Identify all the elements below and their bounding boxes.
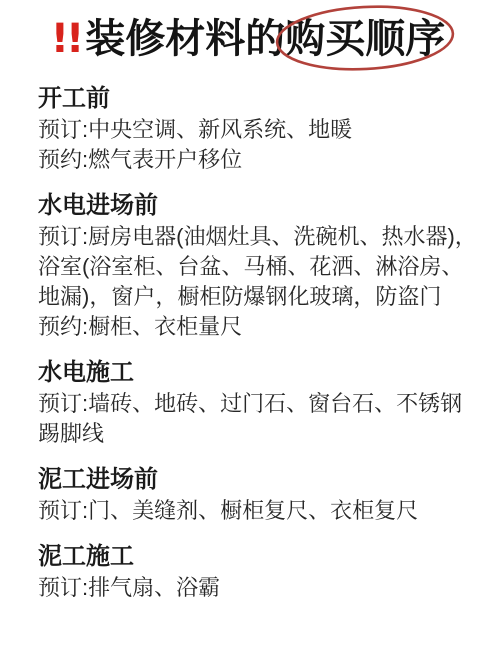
section-heading: 水电施工 (38, 357, 472, 389)
section-before-masonry-entry: 泥工进场前 预订:门、美缝剂、橱柜复尺、衣柜复尺 (38, 464, 472, 526)
text-line: 预订:门、美缝剂、橱柜复尺、衣柜复尺 (38, 496, 472, 526)
text-line: 预订:厨房电器(油烟灶具、洗碗机、热水器)， (38, 222, 472, 252)
text-line: 预订:中央空调、新风系统、地暖 (38, 115, 472, 145)
text-line: 踢脚线 (38, 419, 472, 449)
section-heading: 泥工进场前 (38, 464, 472, 496)
section-heading: 泥工施工 (38, 541, 472, 573)
section-plumbing-construction: 水电施工 预订:墙砖、地砖、过门石、窗台石、不锈钢 踢脚线 (38, 357, 472, 449)
text-line: 地漏)，窗户，橱柜防爆钢化玻璃，防盗门 (38, 282, 472, 312)
title-text: 装修材料的 (85, 17, 285, 61)
section-heading: 开工前 (38, 83, 472, 115)
section-masonry-construction: 泥工施工 预订:排气扇、浴霸 (38, 541, 472, 603)
text-line: 浴室(浴室柜、台盆、马桶、花洒、淋浴房、 (38, 252, 472, 282)
note-page: !!装修材料的 购买顺序 开工前 预订:中央空调、新风系统、地暖 预约:燃气表开… (0, 0, 500, 666)
text-line: 预订:排气扇、浴霸 (38, 573, 472, 603)
text-line: 预约:橱柜、衣柜量尺 (38, 312, 472, 342)
page-title: !!装修材料的 购买顺序 (24, 10, 472, 68)
text-line: 预约:燃气表开户移位 (38, 145, 472, 175)
title-circled-text: 购买顺序 (285, 10, 445, 68)
section-before-plumbing-entry: 水电进场前 预订:厨房电器(油烟灶具、洗碗机、热水器)， 浴室(浴室柜、台盆、马… (38, 190, 472, 342)
text-line: 预订:墙砖、地砖、过门石、窗台石、不锈钢 (38, 389, 472, 419)
section-heading: 水电进场前 (38, 190, 472, 222)
double-exclamation-icon: !! (51, 16, 81, 62)
section-before-start: 开工前 预订:中央空调、新风系统、地暖 预约:燃气表开户移位 (38, 83, 472, 175)
title-circled-label: 购买顺序 (285, 17, 445, 61)
